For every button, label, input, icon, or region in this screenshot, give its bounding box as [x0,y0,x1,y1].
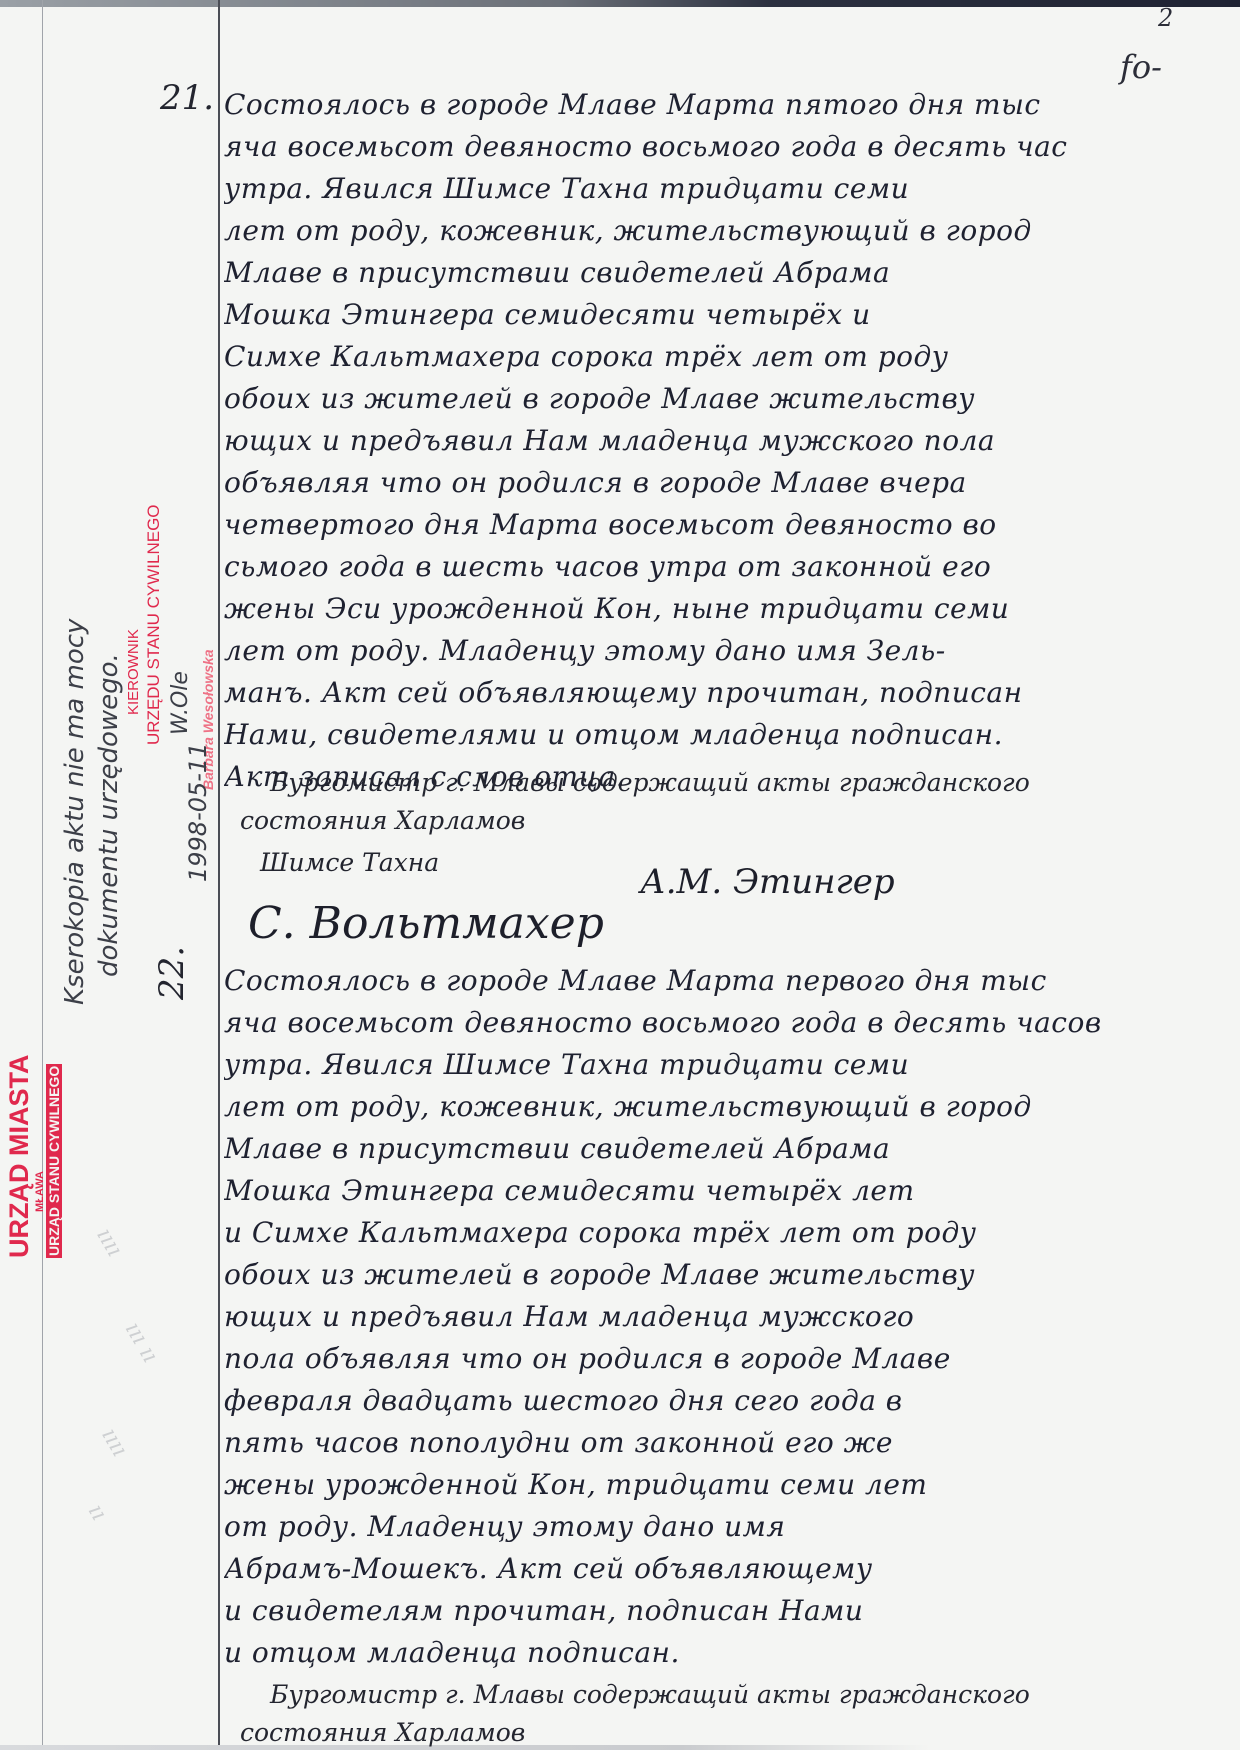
act-22-line: яча восемьсот девяносто восьмого года в … [224,1002,1214,1044]
xerox-certification-note: Kserokopia aktu nie ma mocy dokumentu ur… [58,619,126,1005]
outer-margin-rule [42,0,43,1745]
act-22-line: Мошка Этингера семидесяти четырёх лет [224,1170,1214,1212]
act-21-line: Мошка Этингера семидесяти четырёх и [224,294,1214,336]
act-21-text: Состоялось в городе Млаве Марта пятого д… [224,84,1214,798]
bleed-through-mark: ıııı [96,1424,132,1461]
act-22-line: утра. Явился Шимсе Тахна тридцати семи [224,1044,1214,1086]
act-22-line: от роду. Младенцу этому дано имя [224,1506,1214,1548]
registrar-line: состояния Харламов [240,1714,1180,1750]
act-22-line: Абрамъ-Мошекъ. Акт сей объявляющему [224,1548,1214,1590]
stamp-urzad-line2: MŁAWA [34,1055,46,1258]
bleed-through-mark: ıııı [91,1224,127,1261]
scan-top-edge [0,0,1240,7]
act-22-line: и отцом младенца подписан. [224,1632,1214,1674]
stamp-kierownik: KIEROWNIK URZĘDU STANU CYWILNEGO [124,504,164,745]
stamp-urzad-line3: URZĄD STANU CYWILNEGO [46,1064,62,1258]
act-21-line: лет от роду. Младенцу этому дано имя Зел… [224,630,1214,672]
stamp-urzad-line1: URZĄD MIASTA [4,1055,34,1258]
official-initials-signature: W.Ole [168,671,193,735]
act-21-line: Состоялось в городе Млаве Марта пятого д… [224,84,1214,126]
registrar-line: состояния Харламов [240,802,1180,840]
handwritten-date: 1998-05-11 [184,743,212,882]
act-22-line: и Симхе Кальтмахера сорока трёх лет от р… [224,1212,1214,1254]
act-22-line: жены урожденной Кон, тридцати семи лет [224,1464,1214,1506]
act-21-line: сьмого года в шесть часов утра от законн… [224,546,1214,588]
certification-line1: Kserokopia aktu nie ma mocy [58,619,92,1005]
act-22-line: Состоялось в городе Млаве Марта первого … [224,960,1214,1002]
stamp-urzad-miasta: URZĄD MIASTA MŁAWA URZĄD STANU CYWILNEGO [4,1055,64,1258]
act-22-line: ющих и предъявил Нам младенца мужского [224,1296,1214,1338]
witness-signature-etinger: А.М. Этингер [640,862,895,902]
registrar-line: Бургомистр г. Млавы содержащий акты граж… [240,764,1180,802]
act-21-line: манъ. Акт сей объявляющему прочитан, под… [224,672,1214,714]
act-22-text: Состоялось в городе Млаве Марта первого … [224,960,1214,1674]
witness-signature-voltmaher: С. Вольтмахер [248,898,604,949]
folio-mark: fo- [1120,48,1162,86]
stamp-kierownik-line2: URZĘDU STANU CYWILNEGO [144,504,164,745]
act-21-line: лет от роду, кожевник, жительствующий в … [224,210,1214,252]
act-number-22: 22. [152,946,192,1000]
act-21-line: ющих и предъявил Нам младенца мужского п… [224,420,1214,462]
act-22-registrar-signature: Бургомистр г. Млавы содержащий акты граж… [240,1676,1180,1750]
act-21-line: объявляя что он родился в городе Млаве в… [224,462,1214,504]
stamp-kierownik-line1: KIEROWNIK [124,504,144,745]
act-21-line: жены Эси урожденной Кон, ныне тридцати с… [224,588,1214,630]
act-22-line: пола объявляя что он родился в городе Мл… [224,1338,1214,1380]
act-21-line: яча восемьсот девяносто восьмого года в … [224,126,1214,168]
act-22-line: и свидетелям прочитан, подписан Нами [224,1590,1214,1632]
act-number-21: 21. [160,78,214,118]
act-21-line: четвертого дня Марта восемьсот девяносто… [224,504,1214,546]
act-22-line: обоих из жителей в городе Млаве жительст… [224,1254,1214,1296]
act-21-line: Млаве в присутствии свидетелей Абрама [224,252,1214,294]
act-22-line: февраля двадцать шестого дня сего года в [224,1380,1214,1422]
act-22-line: Млаве в присутствии свидетелей Абрама [224,1128,1214,1170]
bleed-through-mark: ıı [83,1500,112,1525]
act-21-line: утра. Явился Шимсе Тахна тридцати семи [224,168,1214,210]
act-22-line: лет от роду, кожевник, жительствующий в … [224,1086,1214,1128]
act-21-line: Симхе Кальтмахера сорока трёх лет от род… [224,336,1214,378]
bleed-through-mark: ııı ıı [120,1318,163,1367]
act-22-line: пять часов пополудни от законной его же [224,1422,1214,1464]
act-21-line: Нами, свидетелями и отцом младенца подпи… [224,714,1214,756]
registrar-line: Бургомистр г. Млавы содержащий акты граж… [240,1676,1180,1714]
certification-line2: dokumentu urzędowego. [92,619,126,1005]
act-21-line: обоих из жителей в городе Млаве жительст… [224,378,1214,420]
inner-margin-rule [218,0,220,1745]
page-number: 2 [1158,4,1173,32]
